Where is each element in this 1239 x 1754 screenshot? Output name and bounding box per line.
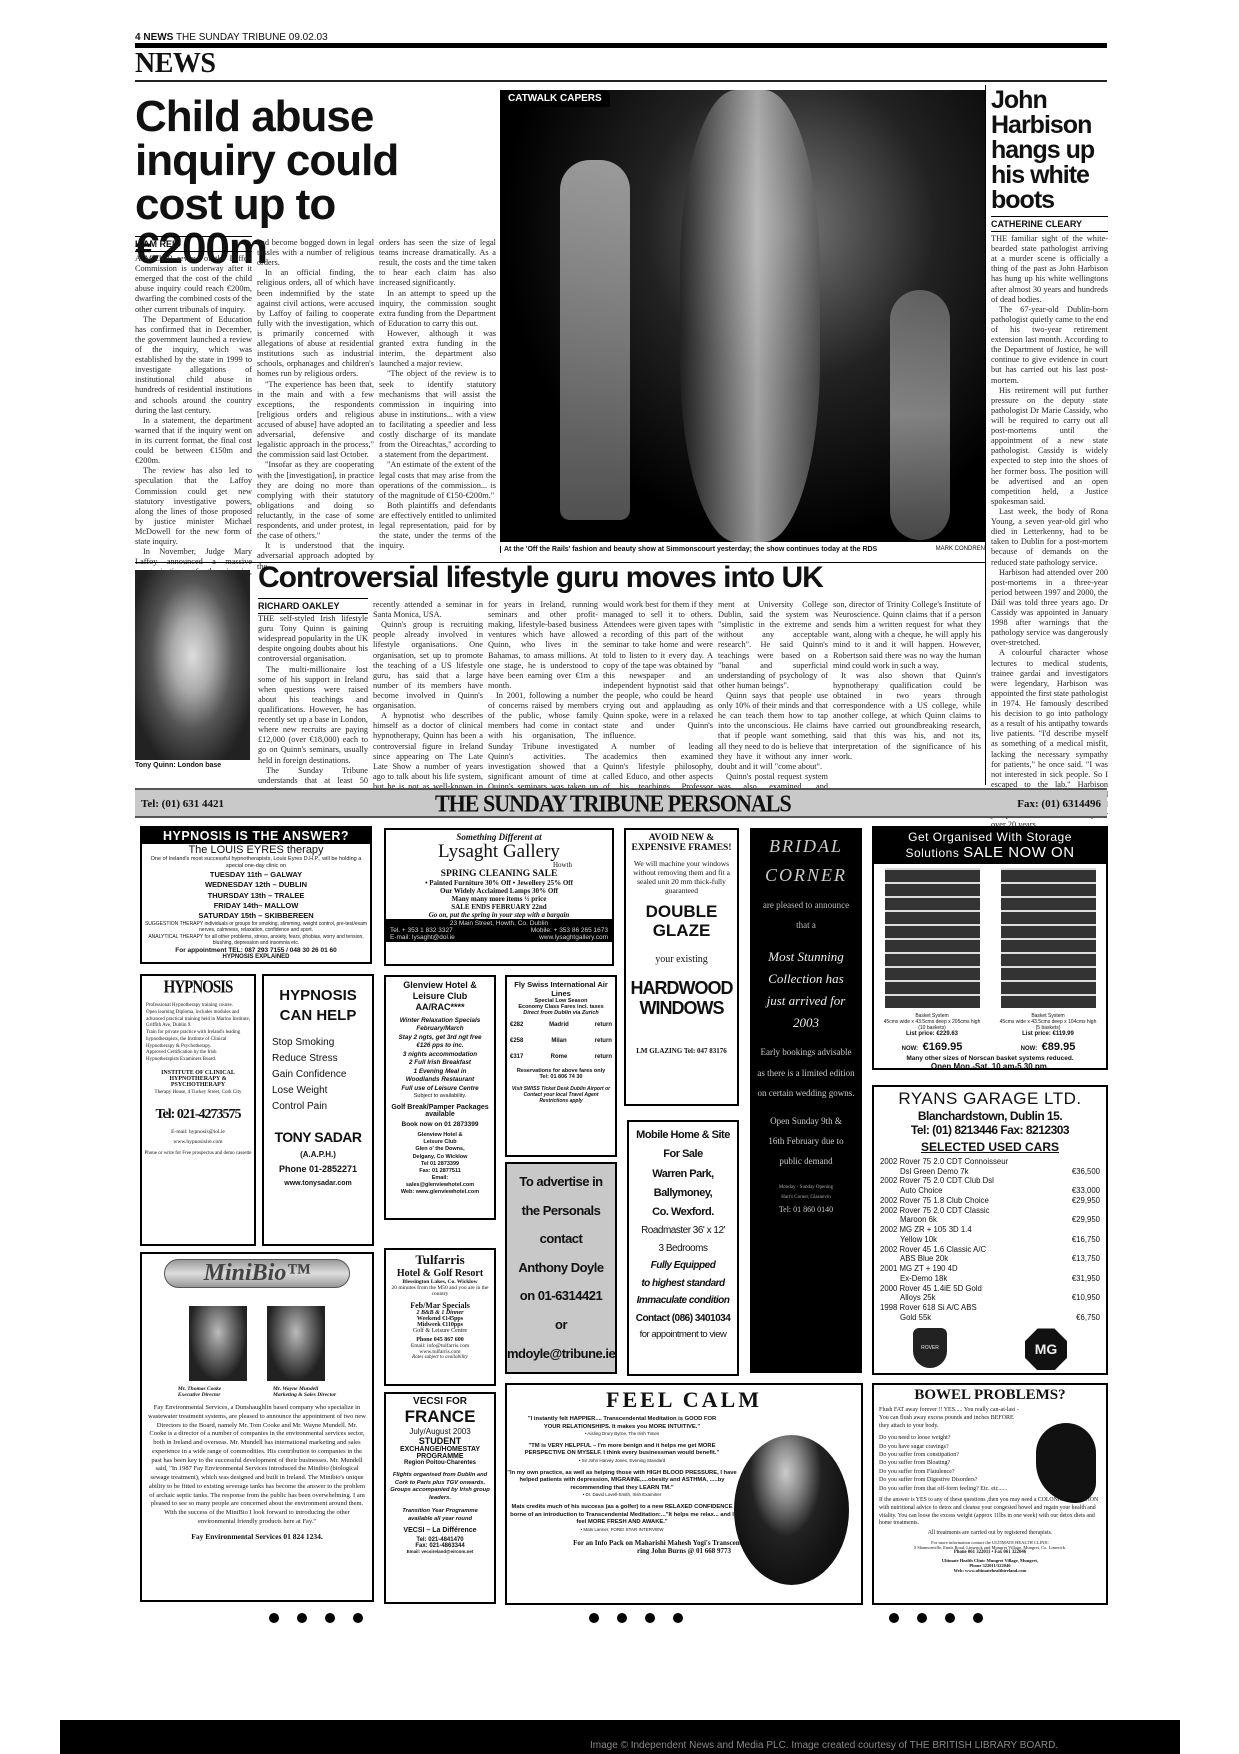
catwalk-photo: CATWALK CAPERS [500, 90, 985, 542]
ad-mobile-home: Mobile Home & SiteFor SaleWarren Park,Ba… [627, 1120, 739, 1376]
ad-header: HYPNOSIS IS THE ANSWER? [142, 828, 370, 844]
car-row: 2000 Rover 45 1.4iE 5D GoldAlloys 25k€10… [874, 1284, 1106, 1303]
minibio-logo: MiniBio™ [164, 1259, 350, 1288]
personals-fax: Fax: (01) 6314496 [1017, 798, 1101, 810]
advertise-email: mdoyle@tribune.ie [507, 1340, 615, 1369]
photo-caption: At the 'Off the Rails' fashion and beaut… [500, 546, 985, 553]
folio-paper-date: THE SUNDAY TRIBUNE 09.02.03 [176, 32, 328, 43]
photo-credit: MARK CONDREN [936, 546, 985, 552]
guru-col-4: would work best for them if they managed… [603, 600, 713, 812]
ad-storage-solutions: Get Organised With Storage Solutions SAL… [872, 826, 1108, 1070]
ad-tulfarris: Tulfarris Hotel & Golf Resort Blessingto… [384, 1248, 496, 1386]
ad-ultimate-health-clinic: BOWEL PROBLEMS? Flush FAT away forever !… [872, 1383, 1108, 1605]
gallery-web: www.lysaghtgallery.com [539, 934, 608, 941]
page-folio: 4 NEWS THE SUNDAY TRIBUNE 09.02.03 [135, 32, 328, 43]
fare-row: €258Milanreturn [507, 1038, 615, 1044]
car-row: 2002 MG ZR + 105 3D 1.4Yellow 10k€16,750 [874, 1225, 1106, 1244]
photo-caption-quinn: Tony Quinn: London base [135, 762, 221, 769]
car-row: 2002 Rover 75 1.8 Club Choice€29,950 [874, 1196, 1106, 1206]
byline-liam-reid: LIAM REID [135, 236, 252, 252]
ad-bridal-corner: BRIDAL CORNER are pleased to announce th… [750, 828, 862, 1373]
guru-col-2: recently attended a seminar in Santa Mon… [373, 600, 483, 812]
guru-col-5: ment at University College Dublin, said … [718, 600, 828, 812]
model-figure-right [890, 290, 950, 540]
page-number: 4 [135, 32, 141, 43]
headline-harbison: John Harbison hangs up his white boots [991, 88, 1116, 213]
ad-tony-sadar: HYPNOSIS CAN HELP Stop Smoking Reduce St… [262, 974, 374, 1246]
ad-lm-glazing: AVOID NEW & EXPENSIVE FRAMES! We will ma… [624, 828, 739, 1106]
car-list: 2002 Rover 75 2.0 CDT ConnoisseurDsl Gre… [874, 1157, 1106, 1322]
car-row: 1998 Rover 618 Si A/C ABSGold 55k€6,750 [874, 1303, 1106, 1322]
tony-quinn-photo [135, 570, 250, 760]
article-col-2: had become bogged down in legal tussles … [257, 238, 374, 572]
photo-tab-label: CATWALK CAPERS [500, 90, 610, 107]
portrait-thomas-cooke [189, 1306, 247, 1381]
ad-glenview-hotel: Glenview Hotel & Leisure Club AA/RAC****… [384, 975, 496, 1220]
byline-catherine-cleary: CATHERINE CLEARY [991, 216, 1108, 232]
registration-dots-right [880, 1610, 992, 1628]
guru-col-1: THE self-styled Irish lifestyle guru Ton… [258, 614, 368, 796]
registration-dots-left [260, 1610, 372, 1628]
headline-guru: Controversial lifestyle guru moves into … [258, 563, 978, 593]
car-row: 2002 Rover 75 2.0 CDT ConnoisseurDsl Gre… [874, 1157, 1106, 1176]
article-col-3: orders has seen the size of legal teams … [379, 238, 496, 551]
car-row: 2002 Rover 75 2.0 CDT Club DslAuto Choic… [874, 1176, 1106, 1195]
ad-institute-clinical-hypnotherapy: HYPNOSIS Professional Hypnotherapy train… [140, 974, 256, 1246]
harbison-article: THE familiar sight of the white-bearded … [991, 234, 1108, 830]
basket-system-photo-tall [885, 868, 980, 1008]
guru-col-3: for years in Ireland, running seminars a… [488, 600, 598, 812]
top-rule [135, 43, 1107, 48]
ad-advertise-personals: To advertise in the Personals contact An… [505, 1162, 617, 1374]
guru-col-6: son, director of Trinity College's Insti… [833, 600, 981, 762]
image-credit: Image © Independent News and Media PLC. … [590, 1740, 1058, 1751]
byline-richard-oakley: RICHARD OAKLEY [258, 598, 368, 614]
car-row: 2001 MG ZT + 190 4DEx-Demo 18k€31,950 [874, 1264, 1106, 1283]
portrait-wayne-mundell [267, 1306, 325, 1381]
ad-swiss-air: Fly Swiss International Air Lines Specia… [505, 975, 617, 1157]
column-divider [985, 85, 986, 785]
personals-tel: Tel: (01) 631 4421 [141, 798, 224, 810]
rover-logo: ROVER [913, 1328, 947, 1368]
fare-row: €282Madridreturn [507, 1022, 615, 1028]
ad-feel-calm-tm: FEEL CALM "I instantly felt HAPPIER.... … [505, 1383, 863, 1605]
personals-banner: Tel: (01) 631 4421 THE SUNDAY TRIBUNE PE… [135, 788, 1107, 818]
section-rule [135, 80, 1107, 82]
model-figure-left [560, 160, 630, 520]
article-col-1: A MAJOR review of the Laffoy Commission … [135, 254, 252, 588]
ad-louis-eyres: HYPNOSIS IS THE ANSWER? The LOUIS EYRES … [140, 826, 372, 964]
ad-vecsi-france: VECSI FOR FRANCE July/August 2003 STUDEN… [384, 1392, 496, 1604]
basket-system-photo-short [1001, 868, 1096, 1008]
car-row: 2002 Rover 75 2.0 CDT ClassicMaroon 6k€2… [874, 1206, 1106, 1225]
ad-ryans-garage: RYANS GARAGE LTD. Blanchardstown, Dublin… [872, 1085, 1108, 1375]
model-figure-center [680, 90, 820, 542]
registration-dots-center [580, 1610, 692, 1628]
gallery-logo: Lysaght Gallery [386, 842, 612, 861]
woman-meditating-photo [734, 1435, 849, 1585]
section-title: NEWS [135, 48, 215, 80]
ad-minibio-fay: MiniBio™ Mr. Thomas CookeExecutive Direc… [140, 1252, 374, 1602]
fare-row: €317Romereturn [507, 1054, 615, 1060]
ad-lysaght-gallery: Something Different at Lysaght Gallery H… [384, 828, 614, 966]
mg-logo: MG [1025, 1328, 1067, 1370]
personals-title: THE SUNDAY TRIBUNE PERSONALS [435, 790, 791, 819]
gallery-email: E-mail: lysaght@dol.ie [390, 934, 455, 941]
folio-section: NEWS [143, 32, 173, 43]
car-row: 2002 Rover 45 1.6 Classic A/CABS Blue 20… [874, 1245, 1106, 1264]
